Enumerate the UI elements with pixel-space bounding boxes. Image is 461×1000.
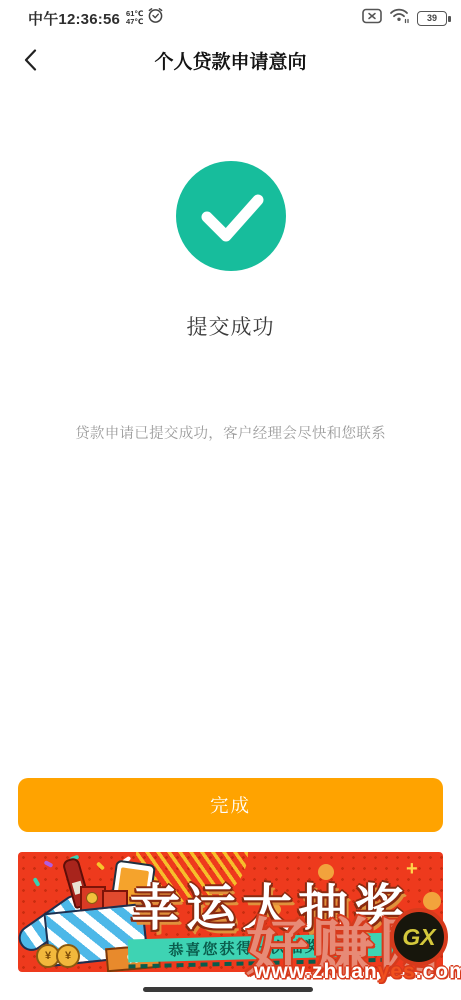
result-description: 贷款申请已提交成功，客户经理会尽快和您联系 [0, 422, 461, 443]
temperature-bottom: 47℃ [126, 18, 143, 26]
home-indicator-bar[interactable] [143, 987, 313, 992]
status-bar: 中午12:36:56 61℃ 47℃ [0, 0, 461, 36]
result-title: 提交成功 [0, 311, 461, 341]
clock-time: 中午12:36:56 [28, 8, 120, 29]
gold-coin-icon [86, 892, 98, 904]
no-sim-icon [362, 8, 382, 29]
status-right: 39 [362, 7, 447, 29]
success-check-icon [176, 161, 286, 271]
phone-screen: 中午12:36:56 61℃ 47℃ [0, 0, 461, 1000]
temperature-readout: 61℃ 47℃ [126, 10, 143, 26]
done-button[interactable]: 完成 [18, 778, 443, 832]
battery-level: 39 [427, 13, 437, 23]
confetti-icon [96, 861, 105, 870]
wifi-icon [389, 7, 410, 29]
battery-icon: 39 [417, 11, 447, 26]
status-left: 中午12:36:56 61℃ 47℃ [28, 7, 164, 29]
yuan-coin-icon: ¥ [56, 944, 80, 968]
confetti-icon [44, 860, 54, 868]
confetti-icon [33, 877, 41, 887]
page-title: 个人贷款申请意向 [0, 36, 461, 84]
nav-header: 个人贷款申请意向 [0, 36, 461, 84]
back-button[interactable] [14, 44, 46, 76]
chevron-left-icon [24, 49, 37, 71]
alarm-clock-icon [147, 7, 164, 29]
ad-subline: 恭喜您获得一次抽奖机会 [168, 935, 356, 961]
watermark-overlay: 好赚网 GX www.zhuanyes.com [0, 0, 461, 1000]
ad-headline: 幸运大抽奖 [130, 868, 430, 940]
lucky-draw-ad-banner[interactable]: + + ¥ ¥ % 幸运大抽奖 恭喜您获得一次抽奖机会 [18, 852, 443, 972]
